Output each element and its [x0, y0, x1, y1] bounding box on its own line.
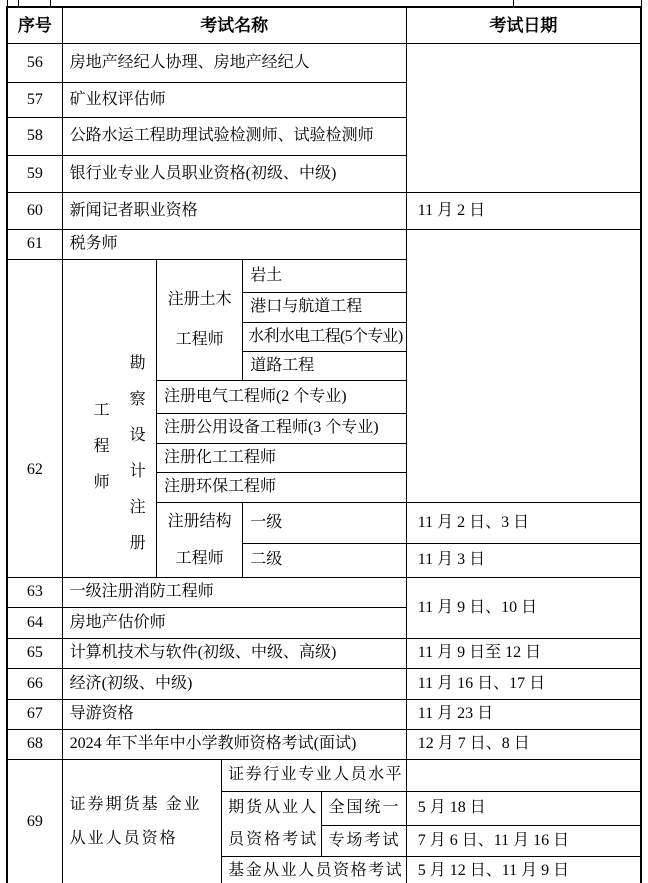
row62-chemical-engineer: 注册化工工程师 [156, 443, 406, 472]
row59-name: 银行业专业人员职业资格(初级、中级) [62, 155, 406, 192]
row62-structural-level1-date: 11 月 2 日、3 日 [406, 502, 641, 544]
row56-no: 56 [7, 43, 62, 82]
rows61-62-date-empty [406, 229, 641, 502]
header-serial: 序号 [7, 7, 62, 43]
table-row: 68 2024 年下半年中小学教师资格考试(面试) 12 月 7 日、8 日 [7, 729, 641, 759]
row62-civil-spec: 道路工程 [243, 351, 407, 380]
row65-date: 11 月 9 日至 12 日 [406, 638, 641, 668]
header-row: 序号 考试名称 考试日期 [7, 7, 641, 43]
table-row: 63 一级注册消防工程师 11 月 9 日、10 日 [7, 577, 641, 607]
row61-name: 税务师 [62, 229, 406, 259]
table-row: 66 经济(初级、中级) 11 月 16 日、17 日 [7, 668, 641, 699]
row62-environmental-engineer: 注册环保工程师 [156, 472, 406, 502]
row62-category-cell: 勘察设计注册 工程师 [62, 259, 156, 577]
row62-no: 62 [7, 259, 62, 577]
row69-futures-type: 全国统一 [322, 791, 406, 826]
row62-structural-level: 二级 [243, 544, 407, 577]
rows56-59-date-empty [406, 43, 641, 192]
row60-no: 60 [7, 192, 62, 229]
row59-no: 59 [7, 155, 62, 192]
row66-date: 11 月 16 日、17 日 [406, 668, 641, 699]
table-row: 56 房地产经纪人协理、房地产经纪人 [7, 43, 641, 82]
row62-structural-level2-date: 11 月 3 日 [406, 544, 641, 577]
row62-civil-spec: 水利水电工程(5个专业) [243, 322, 407, 351]
row69-securities-exam: 证券行业专业人员水平 [222, 759, 407, 791]
header-exam-name: 考试名称 [62, 7, 406, 43]
header-exam-date: 考试日期 [406, 7, 641, 43]
row63-no: 63 [7, 577, 62, 607]
row62-civil-spec: 港口与航道工程 [243, 292, 407, 322]
row60-date: 11 月 2 日 [406, 192, 641, 229]
row62-electrical-engineer: 注册电气工程师(2 个专业) [156, 380, 406, 413]
row62-structural-engineer-cell: 注册结构 工程师 [156, 502, 242, 577]
row69-futures-type: 专场考试 [322, 826, 406, 856]
row65-no: 65 [7, 638, 62, 668]
row69-futures-national-date: 5 月 18 日 [406, 791, 641, 826]
row69-fund-date: 5 月 12 日、11 月 9 日 [406, 856, 641, 883]
row58-name: 公路水运工程助理试验检测师、试验检测师 [62, 117, 406, 155]
row58-no: 58 [7, 117, 62, 155]
document-page: 序号 考试名称 考试日期 56 房地产经纪人协理、房地产经纪人 57 矿业权评估… [0, 0, 648, 883]
row57-no: 57 [7, 82, 62, 117]
row56-name: 房地产经纪人协理、房地产经纪人 [62, 43, 406, 82]
row69-futures-special-date: 7 月 6 日、11 月 16 日 [406, 826, 641, 856]
row62-utilities-engineer: 注册公用设备工程师(3 个专业) [156, 413, 406, 443]
row69-fund-exam: 基金从业人员资格考试 [222, 856, 407, 883]
row67-name: 导游资格 [62, 699, 406, 729]
table-row: 65 计算机技术与软件(初级、中级、高级) 11 月 9 日至 12 日 [7, 638, 641, 668]
row66-no: 66 [7, 668, 62, 699]
row69-no: 69 [7, 759, 62, 883]
row64-no: 64 [7, 607, 62, 638]
row62-civil-spec: 岩土 [243, 259, 407, 292]
row68-no: 68 [7, 729, 62, 759]
row64-name: 房地产估价师 [62, 607, 406, 638]
row69-futures-exam-cell: 期货从业人 员资格考试 [222, 791, 322, 856]
row62-category-vertical-text: 勘察设计注册 [129, 346, 147, 562]
row68-name: 2024 年下半年中小学教师资格考试(面试) [62, 729, 406, 759]
row67-date: 11 月 23 日 [406, 699, 641, 729]
row69-securities-date-empty [406, 759, 641, 791]
row60-name: 新闻记者职业资格 [62, 192, 406, 229]
row65-name: 计算机技术与软件(初级、中级、高级) [62, 638, 406, 668]
rows63-64-date: 11 月 9 日、10 日 [406, 577, 641, 638]
row62-civil-engineer-cell: 注册土木 工程师 [156, 259, 242, 380]
table-row: 60 新闻记者职业资格 11 月 2 日 [7, 192, 641, 229]
exam-schedule-table: 序号 考试名称 考试日期 56 房地产经纪人协理、房地产经纪人 57 矿业权评估… [6, 6, 642, 883]
row63-name: 一级注册消防工程师 [62, 577, 406, 607]
row62-structural-level: 一级 [243, 502, 407, 544]
row62-category-vertical-text: 工程师 [93, 393, 111, 501]
row57-name: 矿业权评估师 [62, 82, 406, 117]
table-row: 67 导游资格 11 月 23 日 [7, 699, 641, 729]
row66-name: 经济(初级、中级) [62, 668, 406, 699]
table-row: 69 证券期货基 金业 从业人员资格 证券行业专业人员水平 [7, 759, 641, 791]
row69-name: 证券期货基 金业 从业人员资格 [62, 759, 221, 883]
row68-date: 12 月 7 日、8 日 [406, 729, 641, 759]
row61-no: 61 [7, 229, 62, 259]
table-row: 61 税务师 [7, 229, 641, 259]
row67-no: 67 [7, 699, 62, 729]
